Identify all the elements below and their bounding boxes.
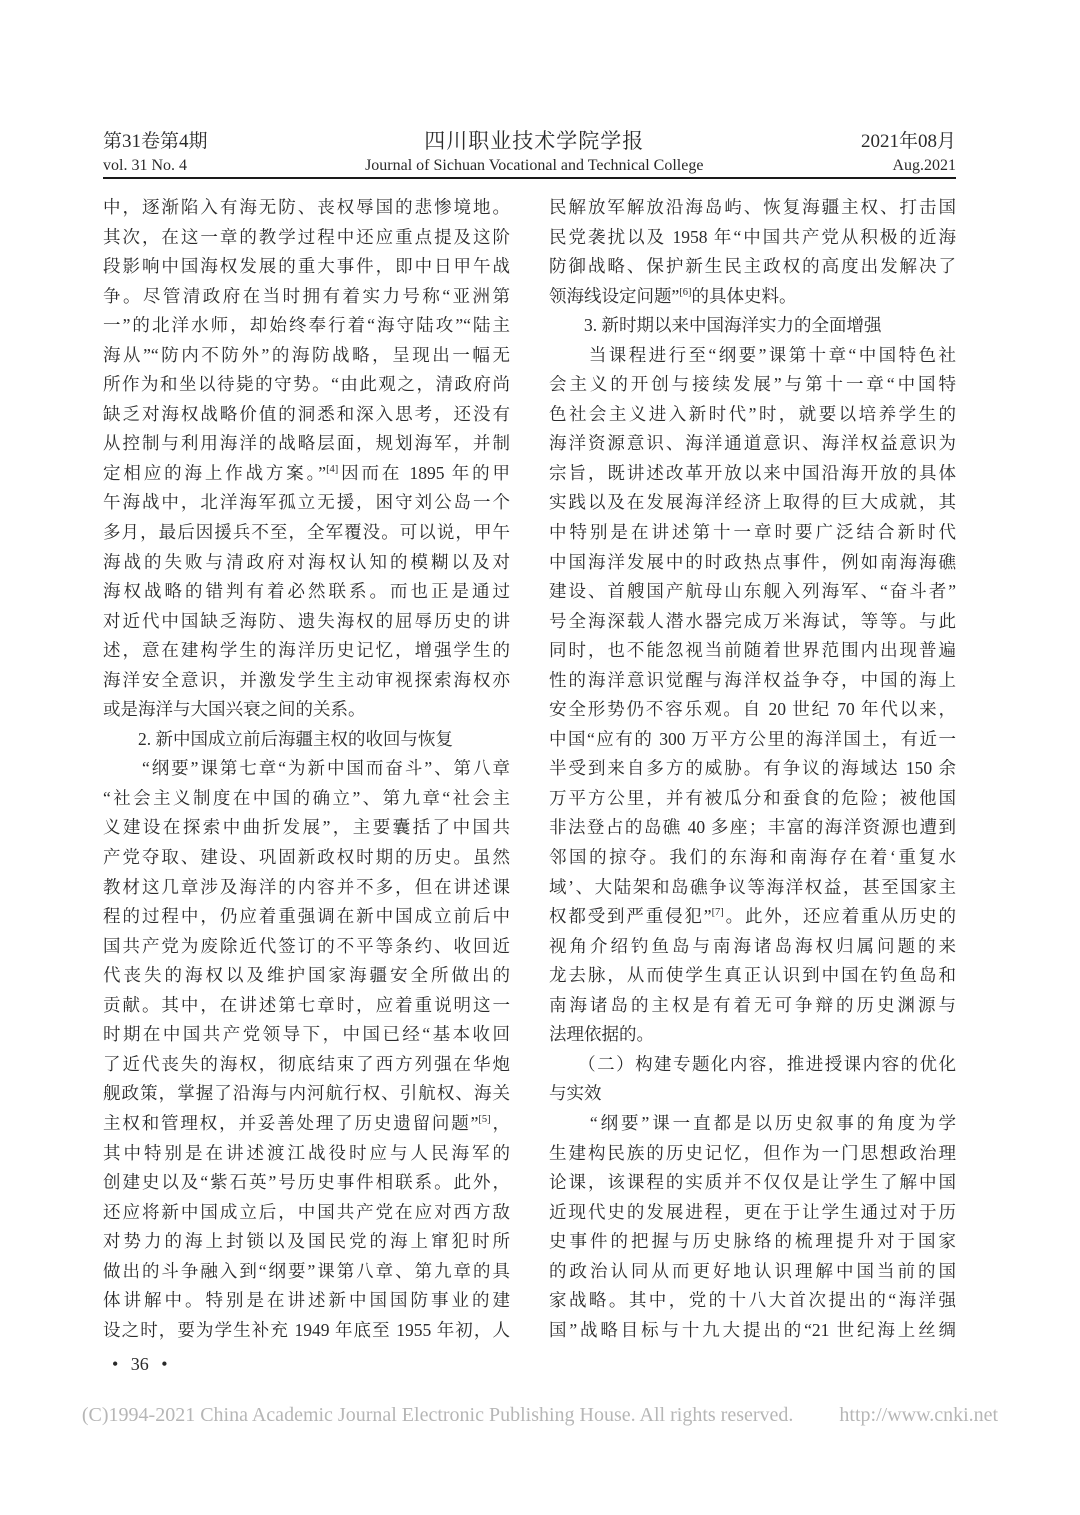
text-line: 设之时，要为学生补充 1949 年底至 1955 年初，人 — [103, 1316, 510, 1346]
text-line: 会主义的开创与接续发展”与第十一章“中国特 — [549, 370, 956, 400]
text-line: 创建史以及“紫石英”号历史事件相联系。此外， — [103, 1168, 510, 1198]
text-line: 教材这几章涉及海洋的内容并不多，但在讲述课 — [103, 873, 510, 903]
citation-ref: [6] — [679, 287, 691, 298]
text-line: 海从”“防内不防外”的海防战略，呈现出一幅无 — [103, 341, 510, 371]
text-line: 民党袭扰以及 1958 年“中国共产党从积极的近海 — [549, 223, 956, 253]
text-line: 中，逐渐陷入有海无防、丧权辱国的悲惨境地。 — [103, 193, 510, 223]
journal-title: 四川职业技术学院学报 Journal of Sichuan Vocational… — [208, 129, 861, 177]
text-line: 域’、大陆架和岛礁争议等海洋权益，甚至国家主 — [549, 873, 956, 903]
journal-title-cn: 四川职业技术学院学报 — [208, 129, 861, 154]
text-line: 代丧失的海权以及维护国家海疆安全所做出的 — [103, 961, 510, 991]
page-header: 第31卷第4期 vol. 31 No. 4 四川职业技术学院学报 Journal… — [103, 129, 956, 177]
right-column: 民解放军解放沿海岛屿、恢复海疆主权、打击国民党袭扰以及 1958 年“中国共产党… — [549, 193, 956, 1345]
text-line: 建设、首艘国产航母山东舰入列海军、“奋斗者” — [549, 577, 956, 607]
text-line: 的政治认同从而更好地认识理解中国当前的国 — [549, 1257, 956, 1287]
text-line: 还应将新中国成立后，中国共产党在应对西方敌 — [103, 1198, 510, 1228]
text-line: 对势力的海上封锁以及国民党的海上窜犯时所 — [103, 1227, 510, 1257]
text-line: 史事件的把握与历史脉络的梳理提升对于国家 — [549, 1227, 956, 1257]
text-line: 海战的失败与清政府对海权认知的模糊以及对 — [103, 548, 510, 578]
header-divider — [103, 177, 956, 179]
text-line: 近现代史的发展进程，更在于让学生通过对于历 — [549, 1198, 956, 1228]
text-line: 实践以及在发展海洋经济上取得的巨大成就，其 — [549, 488, 956, 518]
issue-date-en: Aug.2021 — [861, 154, 956, 177]
text-line: 或是海洋与大国兴衰之间的关系。 — [103, 695, 510, 725]
text-line: 产党夺取、建设、巩固新政权时期的历史。虽然 — [103, 843, 510, 873]
citation-ref: [5] — [478, 1114, 490, 1125]
text-line: 色社会主义进入新时代”时，就要以培养学生的 — [549, 400, 956, 430]
text-line: 体讲解中。特别是在讲述新中国国防事业的建 — [103, 1286, 510, 1316]
text-line: 3. 新时期以来中国海洋实力的全面增强 — [549, 311, 956, 341]
text-line: 2. 新中国成立前后海疆主权的收回与恢复 — [103, 725, 510, 755]
volume-cn: 第31卷第4期 — [103, 129, 208, 154]
text-line: 权都受到严重侵犯”[7]。此外，还应着重从历史的 — [549, 902, 956, 932]
cnki-url: http://www.cnki.net — [839, 1401, 998, 1429]
text-line: 性的海洋意识觉醒与海洋权益争夺，中国的海上 — [549, 666, 956, 696]
volume-info: 第31卷第4期 vol. 31 No. 4 — [103, 129, 208, 177]
citation-ref: [4] — [326, 464, 338, 475]
text-line: 了近代丧失的海权，彻底结束了西方列强在华炮 — [103, 1050, 510, 1080]
text-line: 贡献。其中，在讲述第七章时，应着重说明这一 — [103, 991, 510, 1021]
text-line: 所作为和坐以待毙的守势。“由此观之，清政府尚 — [103, 370, 510, 400]
text-line: 海洋安全意识，并激发学生主动审视探索海权亦 — [103, 666, 510, 696]
journal-title-en: Journal of Sichuan Vocational and Techni… — [208, 154, 861, 177]
text-line: 宗旨，既讲述改革开放以来中国沿海开放的具体 — [549, 459, 956, 489]
text-line: “社会主义制度在中国的确立”、第九章“社会主 — [103, 784, 510, 814]
text-line: 从控制与利用海洋的战略层面，规划海军，并制 — [103, 429, 510, 459]
text-line: 述，意在建构学生的海洋历史记忆，增强学生的 — [103, 636, 510, 666]
text-line: 海洋资源意识、海洋通道意识、海洋权益意识为 — [549, 429, 956, 459]
text-line: 领海线设定问题”[6]的具体史料。 — [549, 282, 956, 312]
text-line: 国”战略目标与十九大提出的“21 世纪海上丝绸 — [549, 1316, 956, 1346]
issue-date: 2021年08月 Aug.2021 — [861, 129, 956, 177]
text-line: 与实效 — [549, 1079, 956, 1109]
text-line: 论课，该课程的实质并不仅仅是让学生了解中国 — [549, 1168, 956, 1198]
text-line: 国共产党为废除近代签订的不平等条约、收回近 — [103, 932, 510, 962]
text-line: 多月，最后因援兵不至，全军覆没。可以说，甲午 — [103, 518, 510, 548]
text-line: 当课程进行至“纲要”课第十章“中国特色社 — [549, 341, 956, 371]
text-line: 其次，在这一章的教学过程中还应重点提及这阶 — [103, 223, 510, 253]
text-line: 非法登占的岛礁 40 多座；丰富的海洋资源也遭到 — [549, 813, 956, 843]
text-line: “纲要”课第七章“为新中国而奋斗”、第八章 — [103, 754, 510, 784]
text-line: 舰政策，掌握了沿海与内河航行权、引航权、海关 — [103, 1079, 510, 1109]
text-line: 号全海深载人潜水器完成万米海试，等等。与此 — [549, 607, 956, 637]
text-line: 缺乏对海权战略价值的洞悉和深入思考，还没有 — [103, 400, 510, 430]
text-line: 主权和管理权，并妥善处理了历史遗留问题”[5]， — [103, 1109, 510, 1139]
text-line: “纲要”课一直都是以历史叙事的角度为学 — [549, 1109, 956, 1139]
text-line: 生建构民族的历史记忆，但作为一门思想政治理 — [549, 1139, 956, 1169]
issue-date-cn: 2021年08月 — [861, 129, 956, 154]
citation-ref: [7] — [712, 907, 724, 918]
text-line: 万平方公里，并有被瓜分和蚕食的危险；被他国 — [549, 784, 956, 814]
volume-en: vol. 31 No. 4 — [103, 154, 208, 177]
text-line: 邻国的掠夺。我们的东海和南海存在着‘重复水 — [549, 843, 956, 873]
text-line: 程的过程中，仍应着重强调在新中国成立前后中 — [103, 902, 510, 932]
text-line: 段影响中国海权发展的重大事件，即中日甲午战 — [103, 252, 510, 282]
text-line: 一”的北洋水师，却始终奉行着“海守陆攻”“陆主 — [103, 311, 510, 341]
text-line: 定相应的海上作战方案。”[4]因而在 1895 年的甲 — [103, 459, 510, 489]
text-line: 时期在中国共产党领导下，中国已经“基本收回 — [103, 1020, 510, 1050]
text-line: 同时，也不能忽视当前随着世界范围内出现普遍 — [549, 636, 956, 666]
text-line: 午海战中，北洋海军孤立无援，困守刘公岛一个 — [103, 488, 510, 518]
left-column: 中，逐渐陷入有海无防、丧权辱国的悲惨境地。其次，在这一章的教学过程中还应重点提及… — [103, 193, 510, 1345]
text-line: 中国“应有的 300 万平方公里的海洋国土，有近一 — [549, 725, 956, 755]
text-line: 民解放军解放沿海岛屿、恢复海疆主权、打击国 — [549, 193, 956, 223]
text-line: 防御战略、保护新生民主政权的高度出发解决了 — [549, 252, 956, 282]
text-line: 视角介绍钓鱼岛与南海诸岛海权归属问题的来 — [549, 932, 956, 962]
journal-page: 第31卷第4期 vol. 31 No. 4 四川职业技术学院学报 Journal… — [0, 0, 1080, 1515]
page-number: • 36 • — [112, 1350, 168, 1378]
text-line: 海权战略的错判有着必然联系。而也正是通过 — [103, 577, 510, 607]
text-line: 争。尽管清政府在当时拥有着实力号称“亚洲第 — [103, 282, 510, 312]
text-line: 半受到来自多方的威胁。有争议的海域达 150 余 — [549, 754, 956, 784]
article-body: 中，逐渐陷入有海无防、丧权辱国的悲惨境地。其次，在这一章的教学过程中还应重点提及… — [103, 193, 956, 1345]
copyright-watermark: (C)1994-2021 China Academic Journal Elec… — [0, 1401, 1080, 1429]
text-line: 其中特别是在讲述渡江战役时应与人民海军的 — [103, 1139, 510, 1169]
text-line: 安全形势仍不容乐观。自 20 世纪 70 年代以来， — [549, 695, 956, 725]
text-line: 中特别是在讲述第十一章时要广泛结合新时代 — [549, 518, 956, 548]
text-line: 家战略。其中，党的十八大首次提出的“海洋强 — [549, 1286, 956, 1316]
text-line: 中国海洋发展中的时政热点事件，例如南海海礁 — [549, 548, 956, 578]
text-line: 龙去脉，从而使学生真正认识到中国在钓鱼岛和 — [549, 961, 956, 991]
text-line: 义建设在探索中曲折发展”，主要囊括了中国共 — [103, 813, 510, 843]
text-line: 做出的斗争融入到“纲要”课第八章、第九章的具 — [103, 1257, 510, 1287]
text-line: 南海诸岛的主权是有着无可争辩的历史渊源与 — [549, 991, 956, 1021]
text-line: 法理依据的。 — [549, 1020, 956, 1050]
text-line: （二）构建专题化内容，推进授课内容的优化 — [549, 1050, 956, 1080]
copyright-text: (C)1994-2021 China Academic Journal Elec… — [82, 1401, 794, 1429]
text-line: 对近代中国缺乏海防、遗失海权的屈辱历史的讲 — [103, 607, 510, 637]
